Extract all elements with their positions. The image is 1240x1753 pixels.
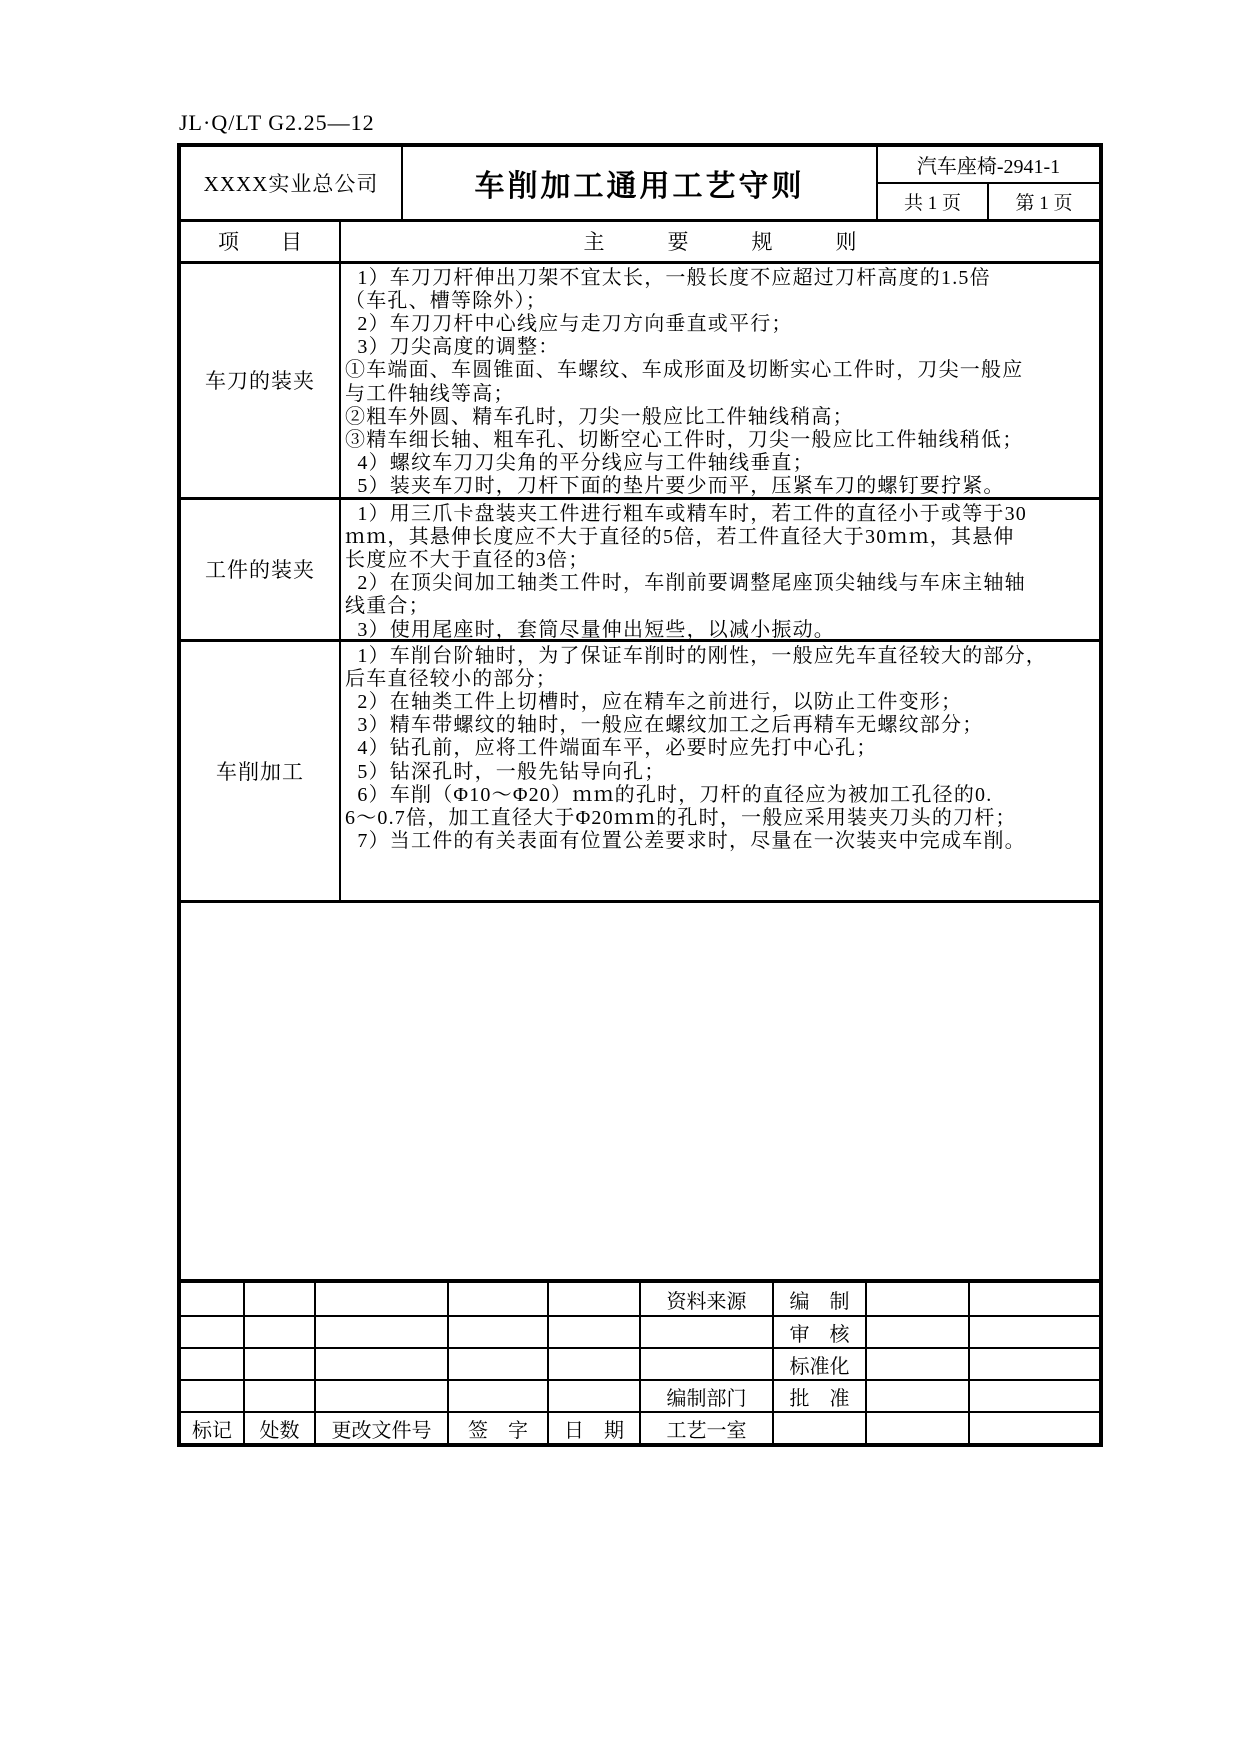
footer-cell-changed-doc-no: 更改文件号 <box>314 1413 447 1443</box>
footer-cell-empty <box>314 1349 447 1379</box>
section-label: 车削加工 <box>181 642 339 900</box>
section-content: 1）车削台阶轴时，为了保证车削时的刚性，一般应先车直径较大的部分， 后车直径较小… <box>339 642 1099 900</box>
footer-cell-empty <box>447 1381 547 1411</box>
rule-line: 4）钻孔前，应将工件端面车平，必要时应先打中心孔； <box>345 737 1097 760</box>
rule-line: 长度应不大于直径的3倍； <box>345 549 1097 572</box>
rule-line: 7）当工件的有关表面有位置公差要求时，尽量在一次装夹中完成车削。 <box>345 830 1097 853</box>
section-label: 工件的装夹 <box>181 500 339 639</box>
footer-cell-empty <box>968 1283 1099 1315</box>
footer-cell-count: 处数 <box>243 1413 314 1443</box>
footer-cell-empty <box>181 1317 243 1347</box>
footer-cell-empty <box>865 1317 968 1347</box>
footer-cell-drafting-dept: 编制部门 <box>639 1381 772 1411</box>
rule-line: 2）车刀刀杆中心线应与走刀方向垂直或平行； <box>345 313 1097 336</box>
doc-code: JL·Q/LT G2.25—12 <box>179 110 375 136</box>
rule-line: 2）在顶尖间加工轴类工件时，车削前要调整尾座顶尖轴线与车床主轴轴 <box>345 572 1097 595</box>
rule-line: 5）装夹车刀时，刀杆下面的垫片要少而平，压紧车刀的螺钉要拧紧。 <box>345 475 1097 496</box>
footer-cell-date: 日 期 <box>547 1413 639 1443</box>
rule-line: 1）车刀刀杆伸出刀架不宜太长，一般长度不应超过刀杆高度的1.5倍 <box>345 267 1097 290</box>
process-sheet-table: XXXX实业总公司 车削加工通用工艺守则 汽车座椅-2941-1 共 1 页 第… <box>177 143 1103 1447</box>
footer-cell-empty <box>865 1381 968 1411</box>
footer-cell-empty <box>447 1317 547 1347</box>
footer-cell-empty <box>968 1381 1099 1411</box>
footer-cell-approved-by: 批 准 <box>772 1381 865 1411</box>
rule-line: ①车端面、车圆锥面、车螺纹、车成形面及切断实心工件时，刀尖一般应 <box>345 359 1097 382</box>
rule-line: 3）刀尖高度的调整： <box>345 336 1097 359</box>
doc-info-block: 汽车座椅-2941-1 共 1 页 第 1 页 <box>876 147 1099 219</box>
footer-cell-empty <box>968 1413 1099 1443</box>
rule-line: 后车直径较小的部分； <box>345 668 1097 691</box>
footer-cell-empty <box>181 1283 243 1315</box>
rule-line: ｍｍ，其悬伸长度应不大于直径的5倍，若工件直径大于30ｍｍ，其悬伸 <box>345 526 1097 549</box>
footer-cell-reviewed-by: 审 核 <box>772 1317 865 1347</box>
footer-cell-empty <box>547 1283 639 1315</box>
footer-cell-empty <box>243 1317 314 1347</box>
rule-line: 1）用三爪卡盘装夹工件进行粗车或精车时，若工件的直径小于或等于30 <box>345 503 1097 526</box>
footer-row: 标准化 <box>181 1347 1099 1379</box>
item-column-header: 项 目 <box>181 222 339 261</box>
footer-cell-empty <box>314 1381 447 1411</box>
rule-line: 6～0.7倍，加工直径大于Φ20ｍｍ的孔时，一般应采用装夹刀头的刀杆； <box>345 807 1097 830</box>
rule-line: 3）使用尾座时，套筒尽量伸出短些，以减小振动。 <box>345 619 1097 639</box>
rule-line: （车孔、槽等除外）； <box>345 290 1097 313</box>
footer-cell-data-source: 资料来源 <box>639 1283 772 1315</box>
footer-cell-empty <box>547 1349 639 1379</box>
footer-cell-empty <box>865 1283 968 1315</box>
column-header-row: 项 目 主 要 规 则 <box>181 219 1099 261</box>
footer-cell-empty <box>243 1283 314 1315</box>
footer-cell-empty <box>865 1413 968 1443</box>
footer-cell-empty <box>447 1349 547 1379</box>
rule-line: 与工件轴线等高； <box>345 383 1097 406</box>
footer-cell-empty <box>547 1381 639 1411</box>
doc-number: 汽车座椅-2941-1 <box>878 147 1099 184</box>
title-row: XXXX实业总公司 车削加工通用工艺守则 汽车座椅-2941-1 共 1 页 第… <box>181 147 1099 219</box>
footer-cell-empty <box>639 1317 772 1347</box>
footer-cell-empty <box>181 1381 243 1411</box>
signature-table: 资料来源 编 制 审 核 <box>181 1279 1099 1443</box>
footer-cell-mark: 标记 <box>181 1413 243 1443</box>
footer-cell-empty <box>968 1349 1099 1379</box>
footer-cell-empty <box>447 1283 547 1315</box>
footer-cell-empty <box>314 1283 447 1315</box>
rule-line: 1）车削台阶轴时，为了保证车削时的刚性，一般应先车直径较大的部分， <box>345 645 1097 668</box>
footer-cell-drafted-by: 编 制 <box>772 1283 865 1315</box>
page-number: 第 1 页 <box>987 184 1099 219</box>
footer-row: 标记 处数 更改文件号 签 字 日 期 工艺一室 <box>181 1411 1099 1443</box>
footer-cell-empty <box>314 1317 447 1347</box>
section-workpiece-clamping: 工件的装夹 1）用三爪卡盘装夹工件进行粗车或精车时，若工件的直径小于或等于30 … <box>181 497 1099 639</box>
footer-row: 资料来源 编 制 <box>181 1283 1099 1315</box>
empty-area <box>181 900 1099 1279</box>
company-name: XXXX实业总公司 <box>181 147 401 219</box>
rules-column-header: 主 要 规 则 <box>339 222 1099 261</box>
section-turning: 车削加工 1）车削台阶轴时，为了保证车削时的刚性，一般应先车直径较大的部分， 后… <box>181 639 1099 900</box>
rule-line: 2）在轴类工件上切槽时，应在精车之前进行，以防止工件变形； <box>345 691 1097 714</box>
footer-cell-process-office: 工艺一室 <box>639 1413 772 1443</box>
rule-line: ②粗车外圆、精车孔时，刀尖一般应比工件轴线稍高； <box>345 406 1097 429</box>
rule-line: 5）钻深孔时，一般先钻导向孔； <box>345 761 1097 784</box>
section-content: 1）车刀刀杆伸出刀架不宜太长，一般长度不应超过刀杆高度的1.5倍 （车孔、槽等除… <box>339 264 1099 497</box>
rule-line: 6）车削（Φ10～Φ20）ｍｍ的孔时，刀杆的直径应为被加工孔径的0. <box>345 784 1097 807</box>
pages-row: 共 1 页 第 1 页 <box>878 184 1099 219</box>
page: JL·Q/LT G2.25—12 XXXX实业总公司 车削加工通用工艺守则 汽车… <box>0 0 1240 1753</box>
section-tool-clamping: 车刀的装夹 1）车刀刀杆伸出刀架不宜太长，一般长度不应超过刀杆高度的1.5倍 （… <box>181 261 1099 497</box>
footer-cell-empty <box>968 1317 1099 1347</box>
rule-line: 3）精车带螺纹的轴时，一般应在螺纹加工之后再精车无螺纹部分； <box>345 714 1097 737</box>
total-pages: 共 1 页 <box>878 184 987 219</box>
footer-cell-empty <box>181 1349 243 1379</box>
rule-line: 线重合； <box>345 595 1097 618</box>
rule-line: 4）螺纹车刀刀尖角的平分线应与工件轴线垂直； <box>345 452 1097 475</box>
section-label: 车刀的装夹 <box>181 264 339 497</box>
footer-cell-empty <box>243 1349 314 1379</box>
section-content: 1）用三爪卡盘装夹工件进行粗车或精车时，若工件的直径小于或等于30 ｍｍ，其悬伸… <box>339 500 1099 639</box>
footer-cell-empty <box>547 1317 639 1347</box>
footer-cell-standardized-by: 标准化 <box>772 1349 865 1379</box>
footer-cell-empty <box>865 1349 968 1379</box>
footer-cell-empty <box>772 1413 865 1443</box>
footer-cell-empty <box>243 1381 314 1411</box>
footer-cell-signature: 签 字 <box>447 1413 547 1443</box>
footer-row: 编制部门 批 准 <box>181 1379 1099 1411</box>
footer-cell-empty <box>639 1349 772 1379</box>
footer-row: 审 核 <box>181 1315 1099 1347</box>
document-title: 车削加工通用工艺守则 <box>401 147 876 219</box>
rule-line: ③精车细长轴、粗车孔、切断空心工件时，刀尖一般应比工件轴线稍低； <box>345 429 1097 452</box>
